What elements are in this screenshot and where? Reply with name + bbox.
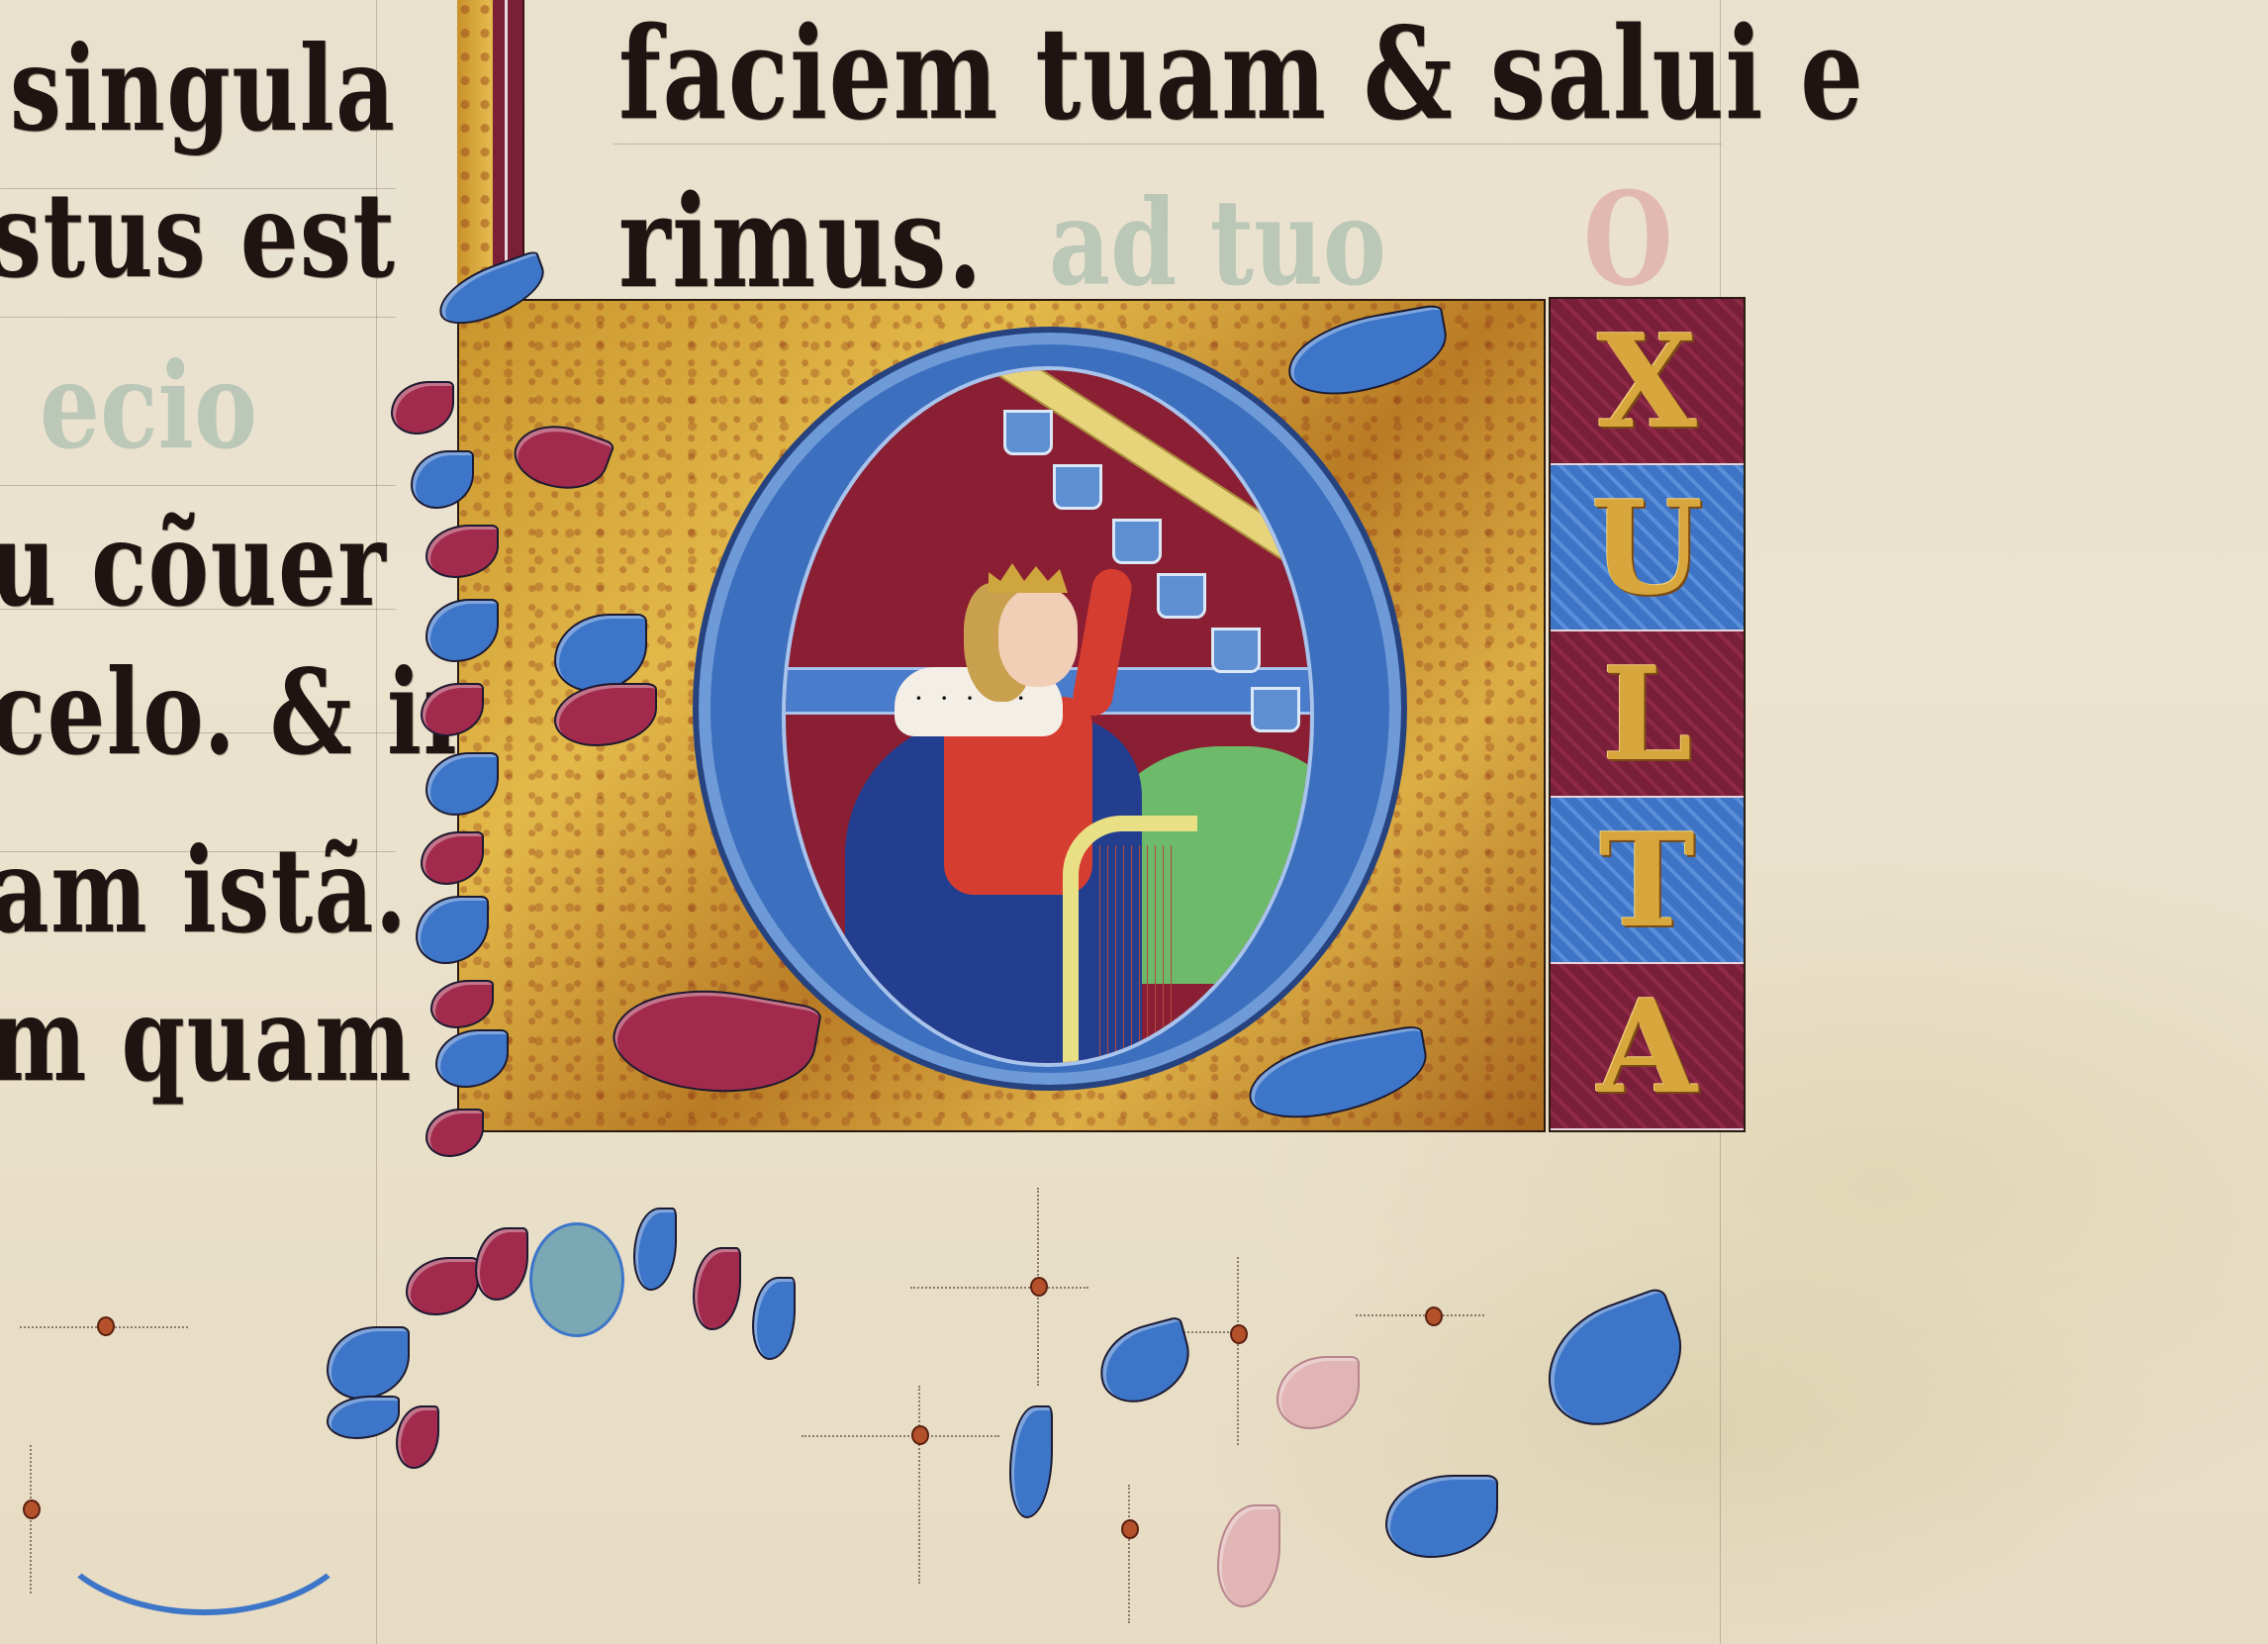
pen-flourish [1356, 1314, 1484, 1316]
pen-flourish [1128, 1485, 1130, 1623]
ghost-text: ad tuo [1049, 173, 1386, 313]
capital-letter: L [1551, 631, 1744, 798]
gold-dot [97, 1316, 115, 1336]
bell-icon [1251, 687, 1300, 732]
text-line: rimus. [618, 168, 984, 317]
text-line: faciem tuam & salui e [618, 0, 1864, 148]
gold-dot [1425, 1306, 1443, 1326]
gold-dot [911, 1425, 929, 1445]
bell-icon [1112, 519, 1162, 564]
pen-flourish [910, 1287, 1088, 1289]
bell-icon [1211, 628, 1261, 673]
vertical-capitals: X U L T A [1549, 297, 1746, 1132]
ruling-line [0, 485, 396, 486]
gold-dot [1030, 1277, 1048, 1297]
text-line: u cõuer [0, 495, 387, 632]
capital-letter: T [1551, 798, 1744, 964]
bell-icon [1053, 464, 1102, 510]
gold-dot [1230, 1324, 1248, 1344]
text-line: celo. & in [0, 643, 491, 781]
text-line: m quam [0, 970, 413, 1108]
maroon-border-stem [493, 0, 524, 297]
king-head [998, 588, 1078, 687]
ghost-text: ecio [40, 337, 257, 476]
teal-boss [529, 1222, 624, 1337]
gold-dot [23, 1499, 41, 1519]
blue-tendril [40, 1405, 368, 1615]
text-line: stus est [0, 166, 396, 304]
text-line: singula [10, 20, 396, 157]
initial-scene [782, 366, 1314, 1067]
pen-flourish [918, 1386, 920, 1584]
pen-flourish [30, 1445, 32, 1594]
capital-letter: X [1551, 299, 1744, 465]
capital-letter: A [1551, 964, 1744, 1130]
bell-icon [1157, 573, 1206, 619]
ghost-letter: O [1583, 163, 1673, 315]
capital-letter: U [1551, 465, 1744, 631]
text-line: am istã. [0, 822, 409, 959]
pen-flourish [802, 1435, 999, 1437]
ruling-line [0, 317, 396, 318]
crown-icon [989, 563, 1068, 593]
gold-dot [1121, 1519, 1139, 1539]
harp-icon [1063, 816, 1197, 1067]
pen-flourish [1237, 1257, 1239, 1445]
bell-icon [1003, 410, 1053, 455]
